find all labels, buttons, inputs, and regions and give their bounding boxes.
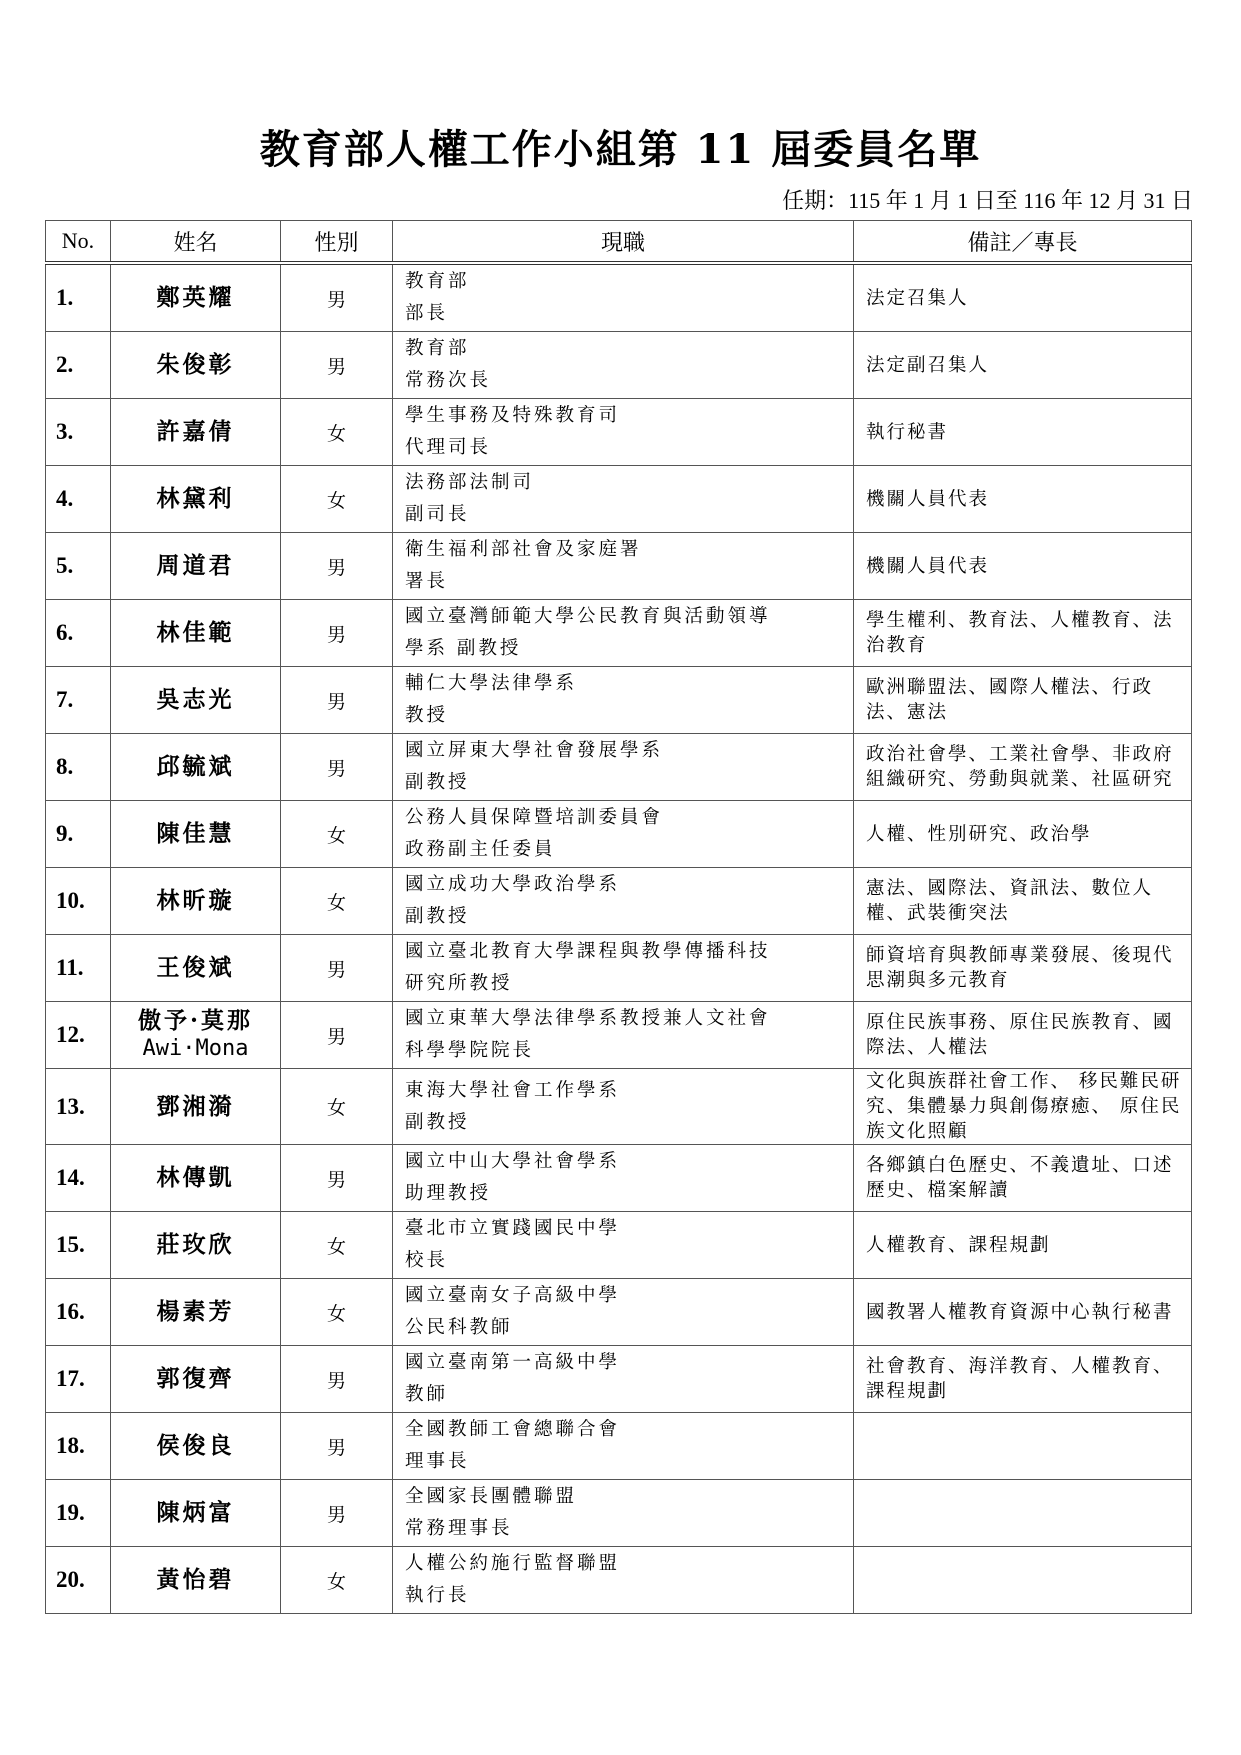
member-position-cell: 國立成功大學政治學系副教授 xyxy=(393,868,854,935)
member-remark: 執行秘書 xyxy=(854,399,1192,466)
member-name: 林傳凱 xyxy=(157,1164,235,1191)
position-title: 常務次長 xyxy=(405,365,853,397)
table-row: 2.朱俊彰男教育部常務次長法定副召集人 xyxy=(46,332,1192,399)
position-title: 助理教授 xyxy=(405,1178,853,1210)
position-title: 署長 xyxy=(405,566,853,598)
member-gender: 男 xyxy=(281,667,393,734)
member-gender: 男 xyxy=(281,1480,393,1547)
member-gender: 男 xyxy=(281,935,393,1002)
position-organization: 人權公約施行監督聯盟 xyxy=(405,1548,853,1580)
position-title: 理事長 xyxy=(405,1446,853,1478)
member-position-cell: 全國家長團體聯盟常務理事長 xyxy=(393,1480,854,1547)
member-position-cell: 東海大學社會工作學系副教授 xyxy=(393,1069,854,1145)
row-number: 3. xyxy=(46,399,111,466)
member-remark xyxy=(854,1480,1192,1547)
member-name-cell: 郭復齊 xyxy=(111,1346,281,1413)
table-row: 18.侯俊良男全國教師工會總聯合會理事長 xyxy=(46,1413,1192,1480)
member-name: 邱毓斌 xyxy=(157,753,235,780)
table-body: 1.鄭英耀男教育部部長法定召集人2.朱俊彰男教育部常務次長法定副召集人3.許嘉倩… xyxy=(46,263,1192,1614)
member-name: 鄧湘漪 xyxy=(157,1093,235,1120)
member-gender: 女 xyxy=(281,1279,393,1346)
member-gender: 男 xyxy=(281,1346,393,1413)
row-number: 4. xyxy=(46,466,111,533)
row-number: 14. xyxy=(46,1145,111,1212)
member-gender: 男 xyxy=(281,1413,393,1480)
position-organization: 國立屏東大學社會發展學系 xyxy=(405,735,853,767)
member-name: 傲予·莫那 xyxy=(138,1007,253,1034)
member-name: 林昕璇 xyxy=(157,887,235,914)
member-name-cell: 吳志光 xyxy=(111,667,281,734)
position-organization: 教育部 xyxy=(405,333,853,365)
row-number: 11. xyxy=(46,935,111,1002)
position-title: 執行長 xyxy=(405,1580,853,1612)
position-organization: 國立臺灣師範大學公民教育與活動領導 xyxy=(405,601,853,633)
header-position: 現職 xyxy=(393,221,854,264)
member-name-latin: Awi·Mona xyxy=(111,1035,280,1063)
term-period: 任期：115 年 1 月 1 日至 116 年 12 月 31 日 xyxy=(782,184,1193,215)
member-position-cell: 國立臺南第一高級中學教師 xyxy=(393,1346,854,1413)
row-number: 16. xyxy=(46,1279,111,1346)
member-name: 林黛利 xyxy=(157,485,235,512)
position-organization: 衛生福利部社會及家庭署 xyxy=(405,534,853,566)
position-title: 校長 xyxy=(405,1245,853,1277)
member-gender: 男 xyxy=(281,1002,393,1069)
position-title: 副教授 xyxy=(405,767,853,799)
position-organization: 臺北市立實踐國民中學 xyxy=(405,1213,853,1245)
position-title: 副司長 xyxy=(405,499,853,531)
member-name-cell: 林昕璇 xyxy=(111,868,281,935)
member-remark: 原住民族事務、原住民族教育、國際法、人權法 xyxy=(854,1002,1192,1069)
member-name: 王俊斌 xyxy=(157,954,235,981)
member-name: 林佳範 xyxy=(157,619,235,646)
table-row: 17.郭復齊男國立臺南第一高級中學教師社會教育、海洋教育、人權教育、課程規劃 xyxy=(46,1346,1192,1413)
position-title: 研究所教授 xyxy=(405,968,853,1000)
member-name-cell: 鄧湘漪 xyxy=(111,1069,281,1145)
member-name: 周道君 xyxy=(157,552,235,579)
position-title: 教授 xyxy=(405,700,853,732)
row-number: 6. xyxy=(46,600,111,667)
member-name-cell: 朱俊彰 xyxy=(111,332,281,399)
row-number: 5. xyxy=(46,533,111,600)
position-title: 副教授 xyxy=(405,901,853,933)
table-row: 10.林昕璇女國立成功大學政治學系副教授憲法、國際法、資訊法、數位人權、武裝衝突… xyxy=(46,868,1192,935)
member-position-cell: 國立東華大學法律學系教授兼人文社會科學學院院長 xyxy=(393,1002,854,1069)
member-position-cell: 國立中山大學社會學系助理教授 xyxy=(393,1145,854,1212)
member-position-cell: 教育部部長 xyxy=(393,263,854,332)
member-remark: 社會教育、海洋教育、人權教育、課程規劃 xyxy=(854,1346,1192,1413)
position-organization: 國立臺北教育大學課程與教學傳播科技 xyxy=(405,936,853,968)
member-name: 陳佳慧 xyxy=(157,820,235,847)
member-gender: 女 xyxy=(281,466,393,533)
member-position-cell: 臺北市立實踐國民中學校長 xyxy=(393,1212,854,1279)
header-gender: 性別 xyxy=(281,221,393,264)
member-position-cell: 人權公約施行監督聯盟執行長 xyxy=(393,1547,854,1614)
position-organization: 國立東華大學法律學系教授兼人文社會 xyxy=(405,1003,853,1035)
position-title: 代理司長 xyxy=(405,432,853,464)
member-name: 許嘉倩 xyxy=(157,418,235,445)
member-name-cell: 許嘉倩 xyxy=(111,399,281,466)
position-organization: 輔仁大學法律學系 xyxy=(405,668,853,700)
position-title: 政務副主任委員 xyxy=(405,834,853,866)
table-row: 8.邱毓斌男國立屏東大學社會發展學系副教授政治社會學、工業社會學、非政府組織研究… xyxy=(46,734,1192,801)
member-remark: 法定副召集人 xyxy=(854,332,1192,399)
member-remark: 各鄉鎮白色歷史、不義遺址、口述歷史、檔案解讀 xyxy=(854,1145,1192,1212)
member-name-cell: 鄭英耀 xyxy=(111,263,281,332)
row-number: 12. xyxy=(46,1002,111,1069)
position-organization: 全國家長團體聯盟 xyxy=(405,1481,853,1513)
member-position-cell: 國立臺灣師範大學公民教育與活動領導學系 副教授 xyxy=(393,600,854,667)
member-remark: 法定召集人 xyxy=(854,263,1192,332)
member-name: 侯俊良 xyxy=(157,1432,235,1459)
member-name-cell: 邱毓斌 xyxy=(111,734,281,801)
position-organization: 國立中山大學社會學系 xyxy=(405,1146,853,1178)
table-header-row: No. 姓名 性別 現職 備註／專長 xyxy=(46,221,1192,264)
member-name-cell: 周道君 xyxy=(111,533,281,600)
member-gender: 男 xyxy=(281,332,393,399)
position-organization: 學生事務及特殊教育司 xyxy=(405,400,853,432)
member-name: 朱俊彰 xyxy=(157,351,235,378)
table-row: 19.陳炳富男全國家長團體聯盟常務理事長 xyxy=(46,1480,1192,1547)
member-gender: 女 xyxy=(281,399,393,466)
row-number: 13. xyxy=(46,1069,111,1145)
member-position-cell: 法務部法制司副司長 xyxy=(393,466,854,533)
row-number: 7. xyxy=(46,667,111,734)
row-number: 18. xyxy=(46,1413,111,1480)
position-organization: 全國教師工會總聯合會 xyxy=(405,1414,853,1446)
member-gender: 男 xyxy=(281,734,393,801)
member-position-cell: 全國教師工會總聯合會理事長 xyxy=(393,1413,854,1480)
member-position-cell: 公務人員保障暨培訓委員會政務副主任委員 xyxy=(393,801,854,868)
member-remark: 機關人員代表 xyxy=(854,466,1192,533)
member-gender: 男 xyxy=(281,1145,393,1212)
table-row: 14.林傳凱男國立中山大學社會學系助理教授各鄉鎮白色歷史、不義遺址、口述歷史、檔… xyxy=(46,1145,1192,1212)
member-gender: 男 xyxy=(281,600,393,667)
member-gender: 女 xyxy=(281,1069,393,1145)
member-name-cell: 楊素芳 xyxy=(111,1279,281,1346)
table-row: 6.林佳範男國立臺灣師範大學公民教育與活動領導學系 副教授學生權利、教育法、人權… xyxy=(46,600,1192,667)
member-position-cell: 國立臺南女子高級中學公民科教師 xyxy=(393,1279,854,1346)
member-name-cell: 林黛利 xyxy=(111,466,281,533)
member-gender: 女 xyxy=(281,868,393,935)
position-title: 公民科教師 xyxy=(405,1312,853,1344)
member-name-cell: 林佳範 xyxy=(111,600,281,667)
position-organization: 國立成功大學政治學系 xyxy=(405,869,853,901)
table-row: 4.林黛利女法務部法制司副司長機關人員代表 xyxy=(46,466,1192,533)
member-remark: 師資培育與教師專業發展、後現代思潮與多元教育 xyxy=(854,935,1192,1002)
position-title: 科學學院院長 xyxy=(405,1035,853,1067)
member-remark: 機關人員代表 xyxy=(854,533,1192,600)
header-name: 姓名 xyxy=(111,221,281,264)
position-organization: 國立臺南第一高級中學 xyxy=(405,1347,853,1379)
position-title: 常務理事長 xyxy=(405,1513,853,1545)
member-name: 莊玫欣 xyxy=(157,1231,235,1258)
member-name-cell: 陳佳慧 xyxy=(111,801,281,868)
member-name-cell: 侯俊良 xyxy=(111,1413,281,1480)
member-remark: 歐洲聯盟法、國際人權法、行政法、憲法 xyxy=(854,667,1192,734)
position-title: 學系 副教授 xyxy=(405,633,853,665)
member-name: 黃怡碧 xyxy=(157,1566,235,1593)
member-name: 鄭英耀 xyxy=(157,284,235,311)
header-remark: 備註／專長 xyxy=(854,221,1192,264)
table-row: 5.周道君男衛生福利部社會及家庭署署長機關人員代表 xyxy=(46,533,1192,600)
member-remark: 政治社會學、工業社會學、非政府組織研究、勞動與就業、社區研究 xyxy=(854,734,1192,801)
table-row: 1.鄭英耀男教育部部長法定召集人 xyxy=(46,263,1192,332)
member-remark: 憲法、國際法、資訊法、數位人權、武裝衝突法 xyxy=(854,868,1192,935)
row-number: 1. xyxy=(46,263,111,332)
member-position-cell: 教育部常務次長 xyxy=(393,332,854,399)
member-name: 郭復齊 xyxy=(157,1365,235,1392)
table-row: 3.許嘉倩女學生事務及特殊教育司代理司長執行秘書 xyxy=(46,399,1192,466)
member-remark: 人權教育、課程規劃 xyxy=(854,1212,1192,1279)
position-title: 部長 xyxy=(405,298,853,330)
member-name-cell: 黃怡碧 xyxy=(111,1547,281,1614)
member-position-cell: 衛生福利部社會及家庭署署長 xyxy=(393,533,854,600)
member-gender: 女 xyxy=(281,1212,393,1279)
member-name: 陳炳富 xyxy=(157,1499,235,1526)
row-number: 2. xyxy=(46,332,111,399)
document-title: 教育部人權工作小組第 11 屆委員名單 xyxy=(0,118,1241,175)
header-no: No. xyxy=(46,221,111,264)
table-row: 20.黃怡碧女人權公約施行監督聯盟執行長 xyxy=(46,1547,1192,1614)
row-number: 15. xyxy=(46,1212,111,1279)
member-position-cell: 輔仁大學法律學系教授 xyxy=(393,667,854,734)
member-name-cell: 傲予·莫那Awi·Mona xyxy=(111,1002,281,1069)
position-title: 副教授 xyxy=(405,1107,853,1139)
committee-member-table: No. 姓名 性別 現職 備註／專長 1.鄭英耀男教育部部長法定召集人2.朱俊彰… xyxy=(45,220,1192,1614)
table-row: 9.陳佳慧女公務人員保障暨培訓委員會政務副主任委員人權、性別研究、政治學 xyxy=(46,801,1192,868)
row-number: 8. xyxy=(46,734,111,801)
member-remark xyxy=(854,1547,1192,1614)
row-number: 10. xyxy=(46,868,111,935)
member-name-cell: 莊玫欣 xyxy=(111,1212,281,1279)
member-remark: 人權、性別研究、政治學 xyxy=(854,801,1192,868)
position-title: 教師 xyxy=(405,1379,853,1411)
member-name-cell: 林傳凱 xyxy=(111,1145,281,1212)
position-organization: 國立臺南女子高級中學 xyxy=(405,1280,853,1312)
row-number: 17. xyxy=(46,1346,111,1413)
member-remark: 學生權利、教育法、人權教育、法治教育 xyxy=(854,600,1192,667)
row-number: 9. xyxy=(46,801,111,868)
member-name-cell: 陳炳富 xyxy=(111,1480,281,1547)
member-name-cell: 王俊斌 xyxy=(111,935,281,1002)
table-row: 7.吳志光男輔仁大學法律學系教授歐洲聯盟法、國際人權法、行政法、憲法 xyxy=(46,667,1192,734)
position-organization: 教育部 xyxy=(405,266,853,298)
table-row: 15.莊玫欣女臺北市立實踐國民中學校長人權教育、課程規劃 xyxy=(46,1212,1192,1279)
table-row: 16.楊素芳女國立臺南女子高級中學公民科教師國教署人權教育資源中心執行秘書 xyxy=(46,1279,1192,1346)
member-name: 楊素芳 xyxy=(157,1298,235,1325)
member-gender: 女 xyxy=(281,1547,393,1614)
position-organization: 公務人員保障暨培訓委員會 xyxy=(405,802,853,834)
row-number: 19. xyxy=(46,1480,111,1547)
member-position-cell: 學生事務及特殊教育司代理司長 xyxy=(393,399,854,466)
member-position-cell: 國立臺北教育大學課程與教學傳播科技研究所教授 xyxy=(393,935,854,1002)
member-gender: 女 xyxy=(281,801,393,868)
table-row: 13.鄧湘漪女東海大學社會工作學系副教授文化與族群社會工作、 移民難民研究、集體… xyxy=(46,1069,1192,1145)
member-gender: 男 xyxy=(281,533,393,600)
member-name: 吳志光 xyxy=(157,686,235,713)
table-row: 11.王俊斌男國立臺北教育大學課程與教學傳播科技研究所教授師資培育與教師專業發展… xyxy=(46,935,1192,1002)
position-organization: 法務部法制司 xyxy=(405,467,853,499)
member-gender: 男 xyxy=(281,263,393,332)
member-remark xyxy=(854,1413,1192,1480)
position-organization: 東海大學社會工作學系 xyxy=(405,1075,853,1107)
member-position-cell: 國立屏東大學社會發展學系副教授 xyxy=(393,734,854,801)
row-number: 20. xyxy=(46,1547,111,1614)
member-remark: 國教署人權教育資源中心執行秘書 xyxy=(854,1279,1192,1346)
member-remark: 文化與族群社會工作、 移民難民研究、集體暴力與創傷療癒、 原住民族文化照顧 xyxy=(854,1069,1192,1145)
table-row: 12.傲予·莫那Awi·Mona男國立東華大學法律學系教授兼人文社會科學學院院長… xyxy=(46,1002,1192,1069)
